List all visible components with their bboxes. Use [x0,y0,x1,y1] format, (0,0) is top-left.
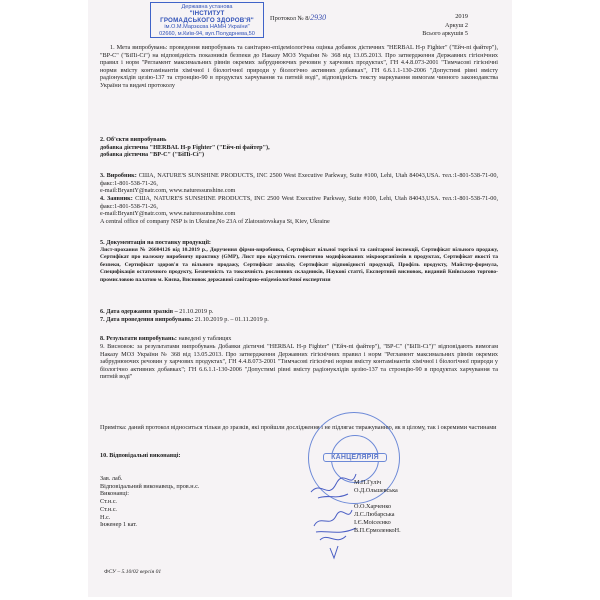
applicant-address: США, NATURE'S SUNSHINE PRODUCTS, INC 250… [100,195,498,210]
section-label: 7. Дата проведення випробувань: [100,316,193,323]
documentation-list: Лист-прохання № 26604126 від 10.2019 р.,… [100,247,498,285]
test-period: 21.10.2019 р. – 01.11.2019 р. [193,316,269,323]
name: Л.С.Любарська [354,511,401,519]
executor-names: М.П.Гуліч О.Д.Ольшевська О.О.Харченко Л.… [354,479,401,534]
section-dates: 6. Дата одержання зразків – 21.10.2019 р… [100,308,498,323]
receipt-date: 21.10.2019 р. [178,308,214,315]
role: Ст.н.с. [100,506,199,514]
document-page: Державна установа "ІНСТИТУТ ГРОМАДСЬКОГО… [88,0,512,597]
protocol-label: Протокол № 8/ [270,15,310,22]
section-executors-title: 10. Відповідальні виконавці: [100,452,498,460]
role: Виконавці: [100,490,199,498]
section-title: 5. Документація на поставку продукції: [100,239,498,247]
protocol-number: Протокол № 8/2930 [270,13,326,22]
sheet-number: Аркуш 2 [422,22,468,30]
stamp-line: 02660, м.Київ-94, вул.Полудрнева,50 [151,31,263,38]
object-item: добавка дієтична "HERBAL H-p Fighter" ("… [100,144,498,152]
role: Зав. лаб. [100,475,199,483]
section-manufacturer: 3. Виробник: США, NATURE'S SUNSHINE PROD… [100,172,498,195]
section-label: 4. Заявник: [100,195,133,202]
seal-label: КАНЦЕЛЯРІЯ [323,453,387,462]
name: М.П.Гуліч [354,479,401,487]
name: О.О.Харченко [354,503,401,511]
object-item: добавка дієтична "BP-C" ("БіПі-Сі") [100,151,498,159]
protocol-year: 2019 [455,13,468,20]
applicant-office: A central office of company NSP is in Uk… [100,218,498,226]
role: Відповідальний виконавець, пров.н.с. [100,483,199,491]
section-label: 8. Результати випробувань: [100,335,177,342]
name: О.Д.Ольшевська [354,487,401,495]
section-purpose: 1. Мета випробувань: проведення випробув… [100,44,498,89]
role: Ст.н.с. [100,498,199,506]
institute-stamp: Державна установа "ІНСТИТУТ ГРОМАДСЬКОГО… [150,2,264,38]
section-results: 8. Результати випробувань: наведені у та… [100,335,498,343]
manufacturer-address: США, NATURE'S SUNSHINE PRODUCTS, INC 250… [100,172,498,187]
form-version-footer: ФСУ – 5.10/02 версія 01 [104,569,161,575]
role: Інженер 1 кат. [100,521,199,529]
name: В.П.ЄрмоленкоН. [354,527,401,535]
section-title: 2. Об'єкти випробувань [100,136,498,144]
manufacturer-contact: e-mail:BryantY@natr.com, www.naturessuns… [100,187,498,195]
section-label: 6. Дата одержання зразків – [100,308,178,315]
protocol-number-handwritten: 2930 [310,13,326,22]
applicant-contact: e-mail:BryantY@natr.com, www.naturessuns… [100,210,498,218]
role: Н.с. [100,514,199,522]
note: Примітка: даний протокол відноситься тіл… [100,424,498,432]
sheet-info: Аркуш 2 Всього аркушів 5 [422,22,468,37]
executor-roles: Зав. лаб. Відповідальний виконавець, про… [100,475,199,529]
total-sheets: Всього аркушів 5 [422,30,468,38]
section-objects: 2. Об'єкти випробувань добавка дієтична … [100,136,498,159]
section-label: 3. Виробник: [100,172,137,179]
stamp-line: ГРОМАДСЬКОГО ЗДОРОВ'Я" [151,18,263,25]
results-value: наведені у таблицях [177,335,231,342]
name: І.Є.Моісеєнко [354,519,401,527]
section-applicant: 4. Заявник: США, NATURE'S SUNSHINE PRODU… [100,195,498,225]
stamp-line: ім.О.М.Марзєєва НАМН України" [151,24,263,31]
section-conclusion: 9. Висновок: за результатами випробувань… [100,343,498,381]
section-documentation: 5. Документація на поставку продукції: Л… [100,239,498,284]
